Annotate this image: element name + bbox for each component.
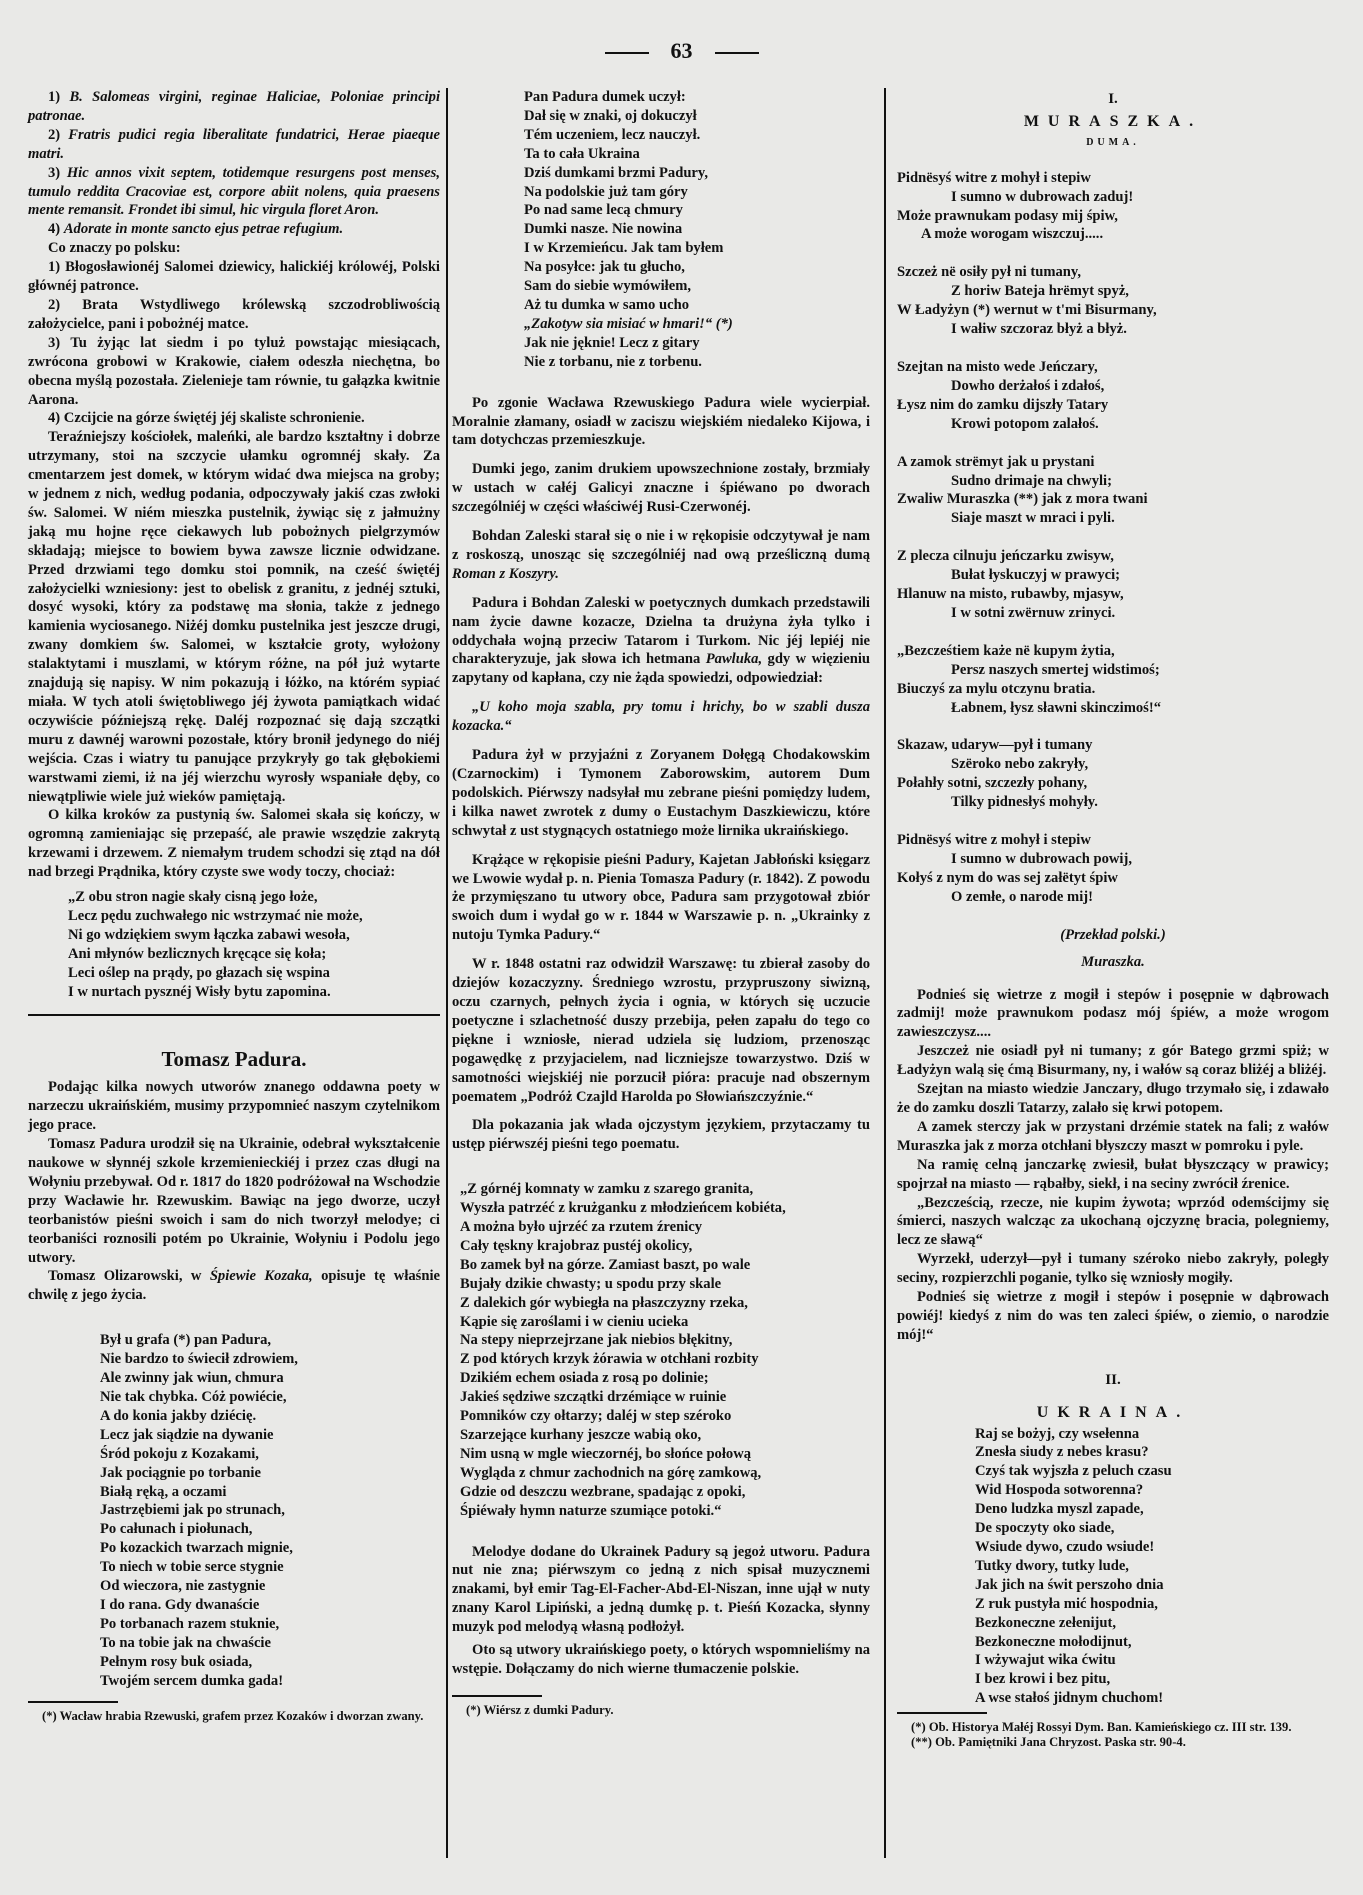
poem-2-number: II. bbox=[897, 1371, 1329, 1390]
translation-paragraph: „Bezcześcią, rzecze, nie kupim żywota; w… bbox=[897, 1194, 1329, 1251]
paragraph-death: Po zgonie Wacława Rzewuskiego Padura wie… bbox=[452, 394, 870, 451]
polish-note: 1) Błogosławionéj Salomei dziewicy, hali… bbox=[28, 258, 440, 296]
poem-1-number: I. bbox=[897, 90, 1329, 109]
verse-grafa: Był u grafa (*) pan Padura,Nie bardzo to… bbox=[28, 1331, 440, 1690]
translation-paragraph: Wyrzekł, uderzył—pył i tumany széroko ni… bbox=[897, 1250, 1329, 1288]
footnote: (*) Ob. Historya Małéj Rossyi Dym. Ban. … bbox=[897, 1720, 1329, 1735]
page-number: 63 bbox=[671, 38, 693, 63]
paragraph-1848: W r. 1848 ostatni raz odwidził Warszawę:… bbox=[452, 955, 870, 1106]
paragraph-church: Teraźniejszy kościołek, maleńki, ale bar… bbox=[28, 428, 440, 806]
translation-paragraph: Na ramię celną janczarkę zwiesił, bułat … bbox=[897, 1156, 1329, 1194]
column-1: 1) B. Salomeas virgini, reginae Haliciae… bbox=[28, 88, 440, 1724]
translation-paragraph: A zamek sterczy jak w przystani drzémie … bbox=[897, 1118, 1329, 1156]
translation-intro: Co znaczy po polsku: bbox=[28, 239, 440, 258]
translation-paragraphs: Podnieś się wietrze z mogił i stepów i p… bbox=[897, 986, 1329, 1345]
header-dash-right bbox=[715, 52, 759, 54]
article-title: Tomasz Padura. bbox=[28, 1050, 440, 1069]
poem-1-stanzas: Pidnësyś witre z mohył i stepiwI sumno w… bbox=[897, 169, 1329, 907]
paragraph-intro: Podając kilka nowych utworów znanego odd… bbox=[28, 1078, 440, 1135]
paragraph-language: Dla pokazania jak włada ojczystym języki… bbox=[452, 1116, 870, 1154]
stanza: Z plecza cilnuju jeńczarku zwisyw,Bułat … bbox=[897, 547, 1329, 623]
paragraph-cossack: Padura i Bohdan Zaleski w poetycznych du… bbox=[452, 594, 870, 689]
paragraph-jablonski: Krążące w rękopisie pieśni Padury, Kajet… bbox=[452, 851, 870, 946]
latin-note: 2) Fratris pudici regia liberalitate fun… bbox=[28, 126, 440, 164]
paragraph-final: Oto są utwory ukraińskiego poety, o któr… bbox=[452, 1641, 870, 1679]
translation-label: (Przekład polski.) bbox=[897, 926, 1329, 945]
latin-notes: 1) B. Salomeas virgini, reginae Haliciae… bbox=[28, 88, 440, 239]
paragraph-born: Tomasz Padura urodził się na Ukrainie, o… bbox=[28, 1135, 440, 1267]
footnote-rule bbox=[28, 1701, 118, 1703]
poem-2-title: UKRAINA. bbox=[897, 1404, 1329, 1423]
stanza: Pidnësyś witre z mohył i stepiwI sumno w… bbox=[897, 831, 1329, 907]
stanza: „Bezcześtiem każe në kupym żytia,Persz n… bbox=[897, 642, 1329, 718]
footnote: (*) Wacław hrabia Rzewuski, grafem przez… bbox=[28, 1709, 440, 1724]
stanza: A zamok strëmyt jak u prystaniSudno drim… bbox=[897, 453, 1329, 529]
poem-2-lines: Raj se bożyj, czy wsełennaZnesła siudy z… bbox=[897, 1425, 1329, 1709]
paragraph-dumki: Dumki jego, zanim drukiem upowszechnione… bbox=[452, 460, 870, 517]
footnote: (*) Wiérsz z dumki Padury. bbox=[452, 1703, 870, 1718]
paragraph-melodies: Melodye dodane do Ukrainek Padury są jeg… bbox=[452, 1543, 870, 1638]
paragraph-friends: Padura żył w przyjaźni z Zoryanem Dołęgą… bbox=[452, 746, 870, 841]
footnote: (**) Ob. Pamiętniki Jana Chryzost. Paska… bbox=[897, 1735, 1329, 1750]
quote-pawluk: „U koho moja szabla, pry tomu i hrichy, … bbox=[452, 698, 870, 736]
verse-continued: Pan Padura dumek uczył:Dał się w znaki, … bbox=[452, 88, 870, 372]
poem-1-title: MURASZKA. bbox=[897, 113, 1329, 132]
paragraph-olizarowski: Tomasz Olizarowski, w Śpiewie Kozaka, op… bbox=[28, 1267, 440, 1305]
column-3: I. MURASZKA. DUMA. Pidnësyś witre z mohy… bbox=[897, 88, 1329, 1750]
polish-note: 4) Czcijcie na górze świętéj jéj skalist… bbox=[28, 409, 440, 428]
stanza: Szejtan na misto wede Jeńczary,Dowho der… bbox=[897, 358, 1329, 434]
paragraph-rock: O kilka kroków za pustynią św. Salomei s… bbox=[28, 806, 440, 882]
stanza: Szczeż në osiły pył ni tumany,Z horiw Ba… bbox=[897, 263, 1329, 339]
column-rule-right bbox=[884, 88, 886, 1858]
verse-castle: „Z górnéj komnaty w zamku z szarego gran… bbox=[452, 1180, 870, 1520]
latin-note: 1) B. Salomeas virgini, reginae Haliciae… bbox=[28, 88, 440, 126]
footnote-rule bbox=[452, 1695, 542, 1697]
section-divider bbox=[28, 1014, 440, 1016]
page-header: 63 bbox=[0, 38, 1363, 64]
verse-pradnik: „Z obu stron nagie skały cisną jego łoże… bbox=[28, 888, 440, 1001]
paragraph-zaleski: Bohdan Zaleski starał się o nie i w ręko… bbox=[452, 527, 870, 584]
stanza: Pidnësyś witre z mohył i stepiwI sumno w… bbox=[897, 169, 1329, 245]
polish-note: 3) Tu żyjąc lat siedm i po tyluż powstaj… bbox=[28, 334, 440, 410]
footnotes: (*) Ob. Historya Małéj Rossyi Dym. Ban. … bbox=[897, 1720, 1329, 1750]
footnote-rule bbox=[897, 1712, 987, 1714]
translation-paragraph: Szejtan na miasto wiedzie Janczary, dług… bbox=[897, 1080, 1329, 1118]
poem-1-subtitle: DUMA. bbox=[897, 134, 1329, 153]
latin-note: 3) Hic annos vixit septem, totidemque re… bbox=[28, 164, 440, 221]
translation-paragraph: Jeszczeż nie osiadł pył ni tumany; z gór… bbox=[897, 1042, 1329, 1080]
translation-paragraph: Podnieś się wietrze z mogił i stepów i p… bbox=[897, 1288, 1329, 1345]
polish-note: 2) Brata Wstydliwego królewską szczodrob… bbox=[28, 296, 440, 334]
latin-note: 4) Adorate in monte sancto ejus petrae r… bbox=[28, 220, 440, 239]
translation-title: Muraszka. bbox=[897, 953, 1329, 972]
column-2: Pan Padura dumek uczył:Dał się w znaki, … bbox=[452, 88, 870, 1718]
stanza: Skazaw, udaryw—pył i tumanySzëroko nebo … bbox=[897, 736, 1329, 812]
header-dash-left bbox=[605, 52, 649, 54]
translation-paragraph: Podnieś się wietrze z mogił i stepów i p… bbox=[897, 986, 1329, 1043]
column-rule-left bbox=[446, 88, 448, 1858]
